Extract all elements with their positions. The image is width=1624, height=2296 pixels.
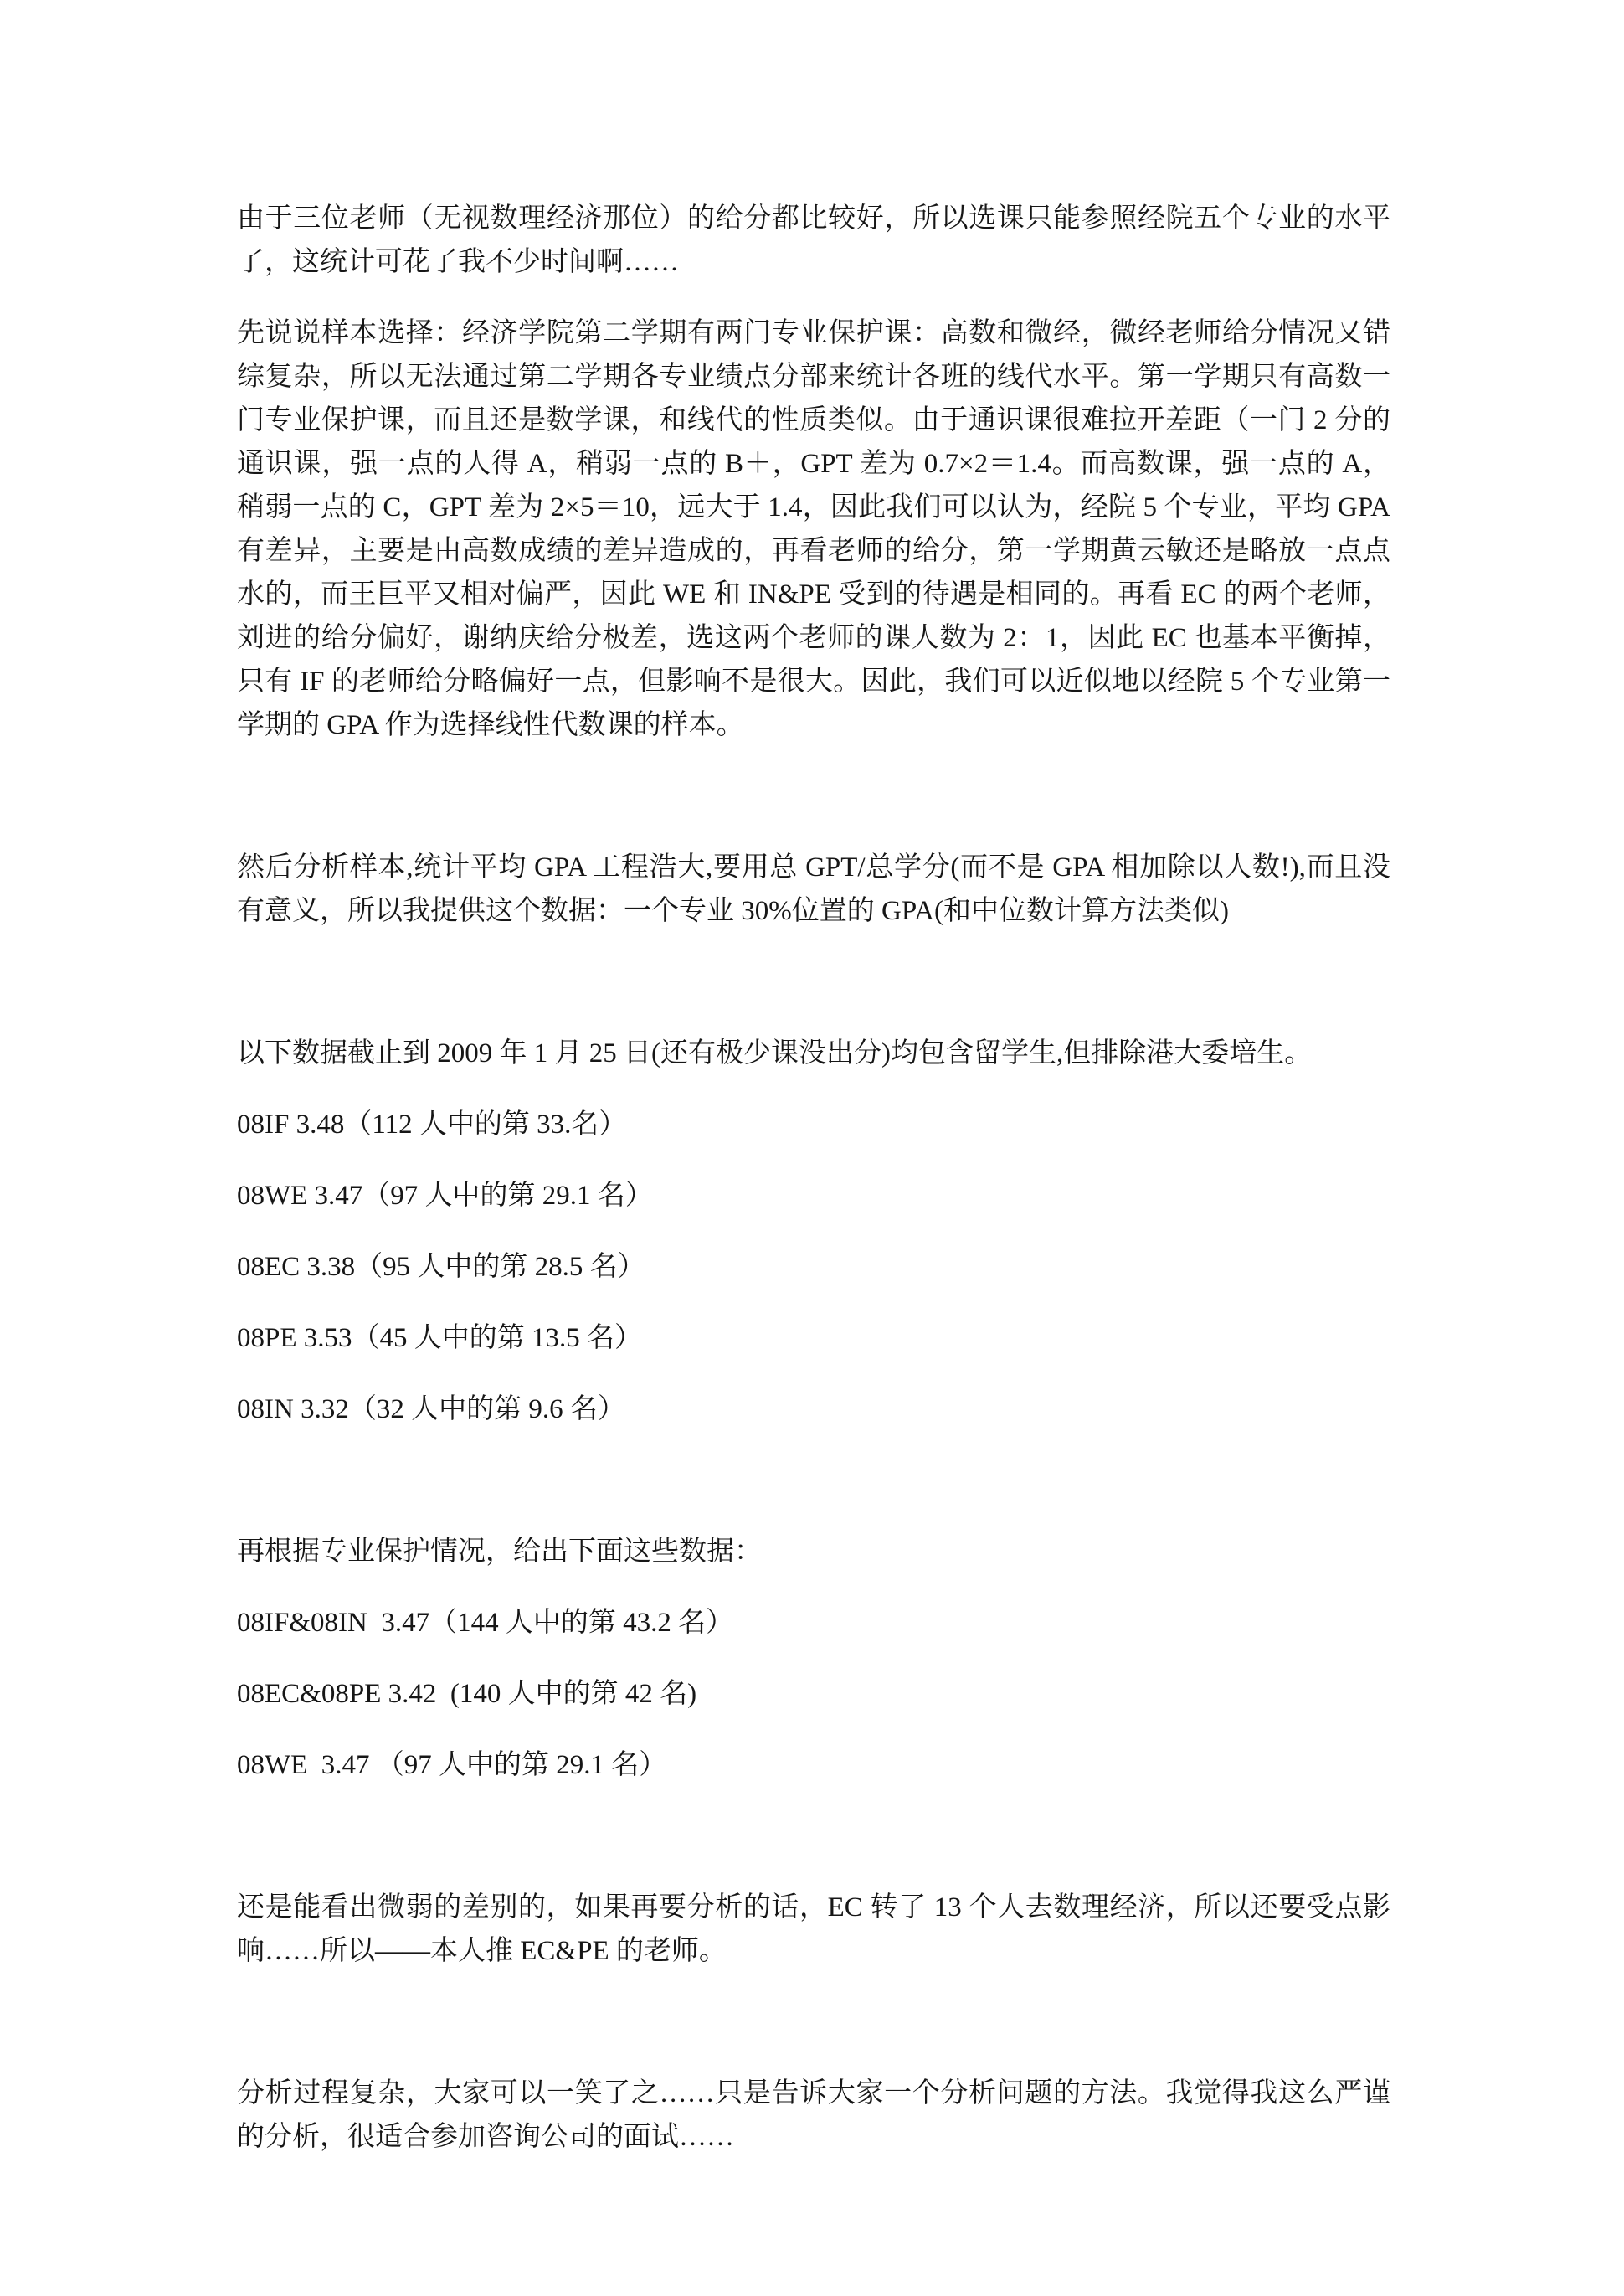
gpa-line-08in: 08IN 3.32（32 人中的第 9.6 名）: [237, 1387, 1390, 1431]
paragraph-protection-intro: 再根据专业保护情况，给出下面这些数据：: [237, 1530, 1390, 1573]
combined-gpa-line-08we: 08WE 3.47 （97 人中的第 29.1 名）: [237, 1743, 1390, 1787]
gpa-line-08pe: 08PE 3.53（45 人中的第 13.5 名）: [237, 1316, 1390, 1360]
combined-gpa-line-08if-08in: 08IF&08IN 3.47（144 人中的第 43.2 名）: [237, 1601, 1390, 1645]
paragraph-closing: 分析过程复杂，大家可以一笑了之……只是告诉大家一个分析问题的方法。我觉得我这么严…: [237, 2072, 1390, 2159]
paragraph-conclusion: 还是能看出微弱的差别的，如果再要分析的话，EC 转了 13 个人去数理经济，所以…: [237, 1886, 1390, 1973]
gpa-line-08ec: 08EC 3.38（95 人中的第 28.5 名）: [237, 1245, 1390, 1289]
paragraph-data-cutoff-note: 以下数据截止到 2009 年 1 月 25 日(还有极少课没出分)均包含留学生,…: [237, 1032, 1390, 1075]
gpa-line-08we: 08WE 3.47（97 人中的第 29.1 名）: [237, 1174, 1390, 1217]
document-content: 由于三位老师（无视数理经济那位）的给分都比较好，所以选课只能参照经院五个专业的水…: [237, 197, 1390, 2186]
combined-gpa-line-08ec-08pe: 08EC&08PE 3.42 (140 人中的第 42 名): [237, 1672, 1390, 1716]
paragraph-sample-analysis: 然后分析样本,统计平均 GPA 工程浩大,要用总 GPT/总学分(而不是 GPA…: [237, 846, 1390, 933]
document-page: 由于三位老师（无视数理经济那位）的给分都比较好，所以选课只能参照经院五个专业的水…: [0, 0, 1624, 2296]
gpa-line-08if: 08IF 3.48（112 人中的第 33.名）: [237, 1103, 1390, 1146]
paragraph-intro: 由于三位老师（无视数理经济那位）的给分都比较好，所以选课只能参照经院五个专业的水…: [237, 197, 1390, 284]
paragraph-sample-selection: 先说说样本选择：经济学院第二学期有两门专业保护课：高数和微经，微经老师给分情况又…: [237, 311, 1390, 747]
